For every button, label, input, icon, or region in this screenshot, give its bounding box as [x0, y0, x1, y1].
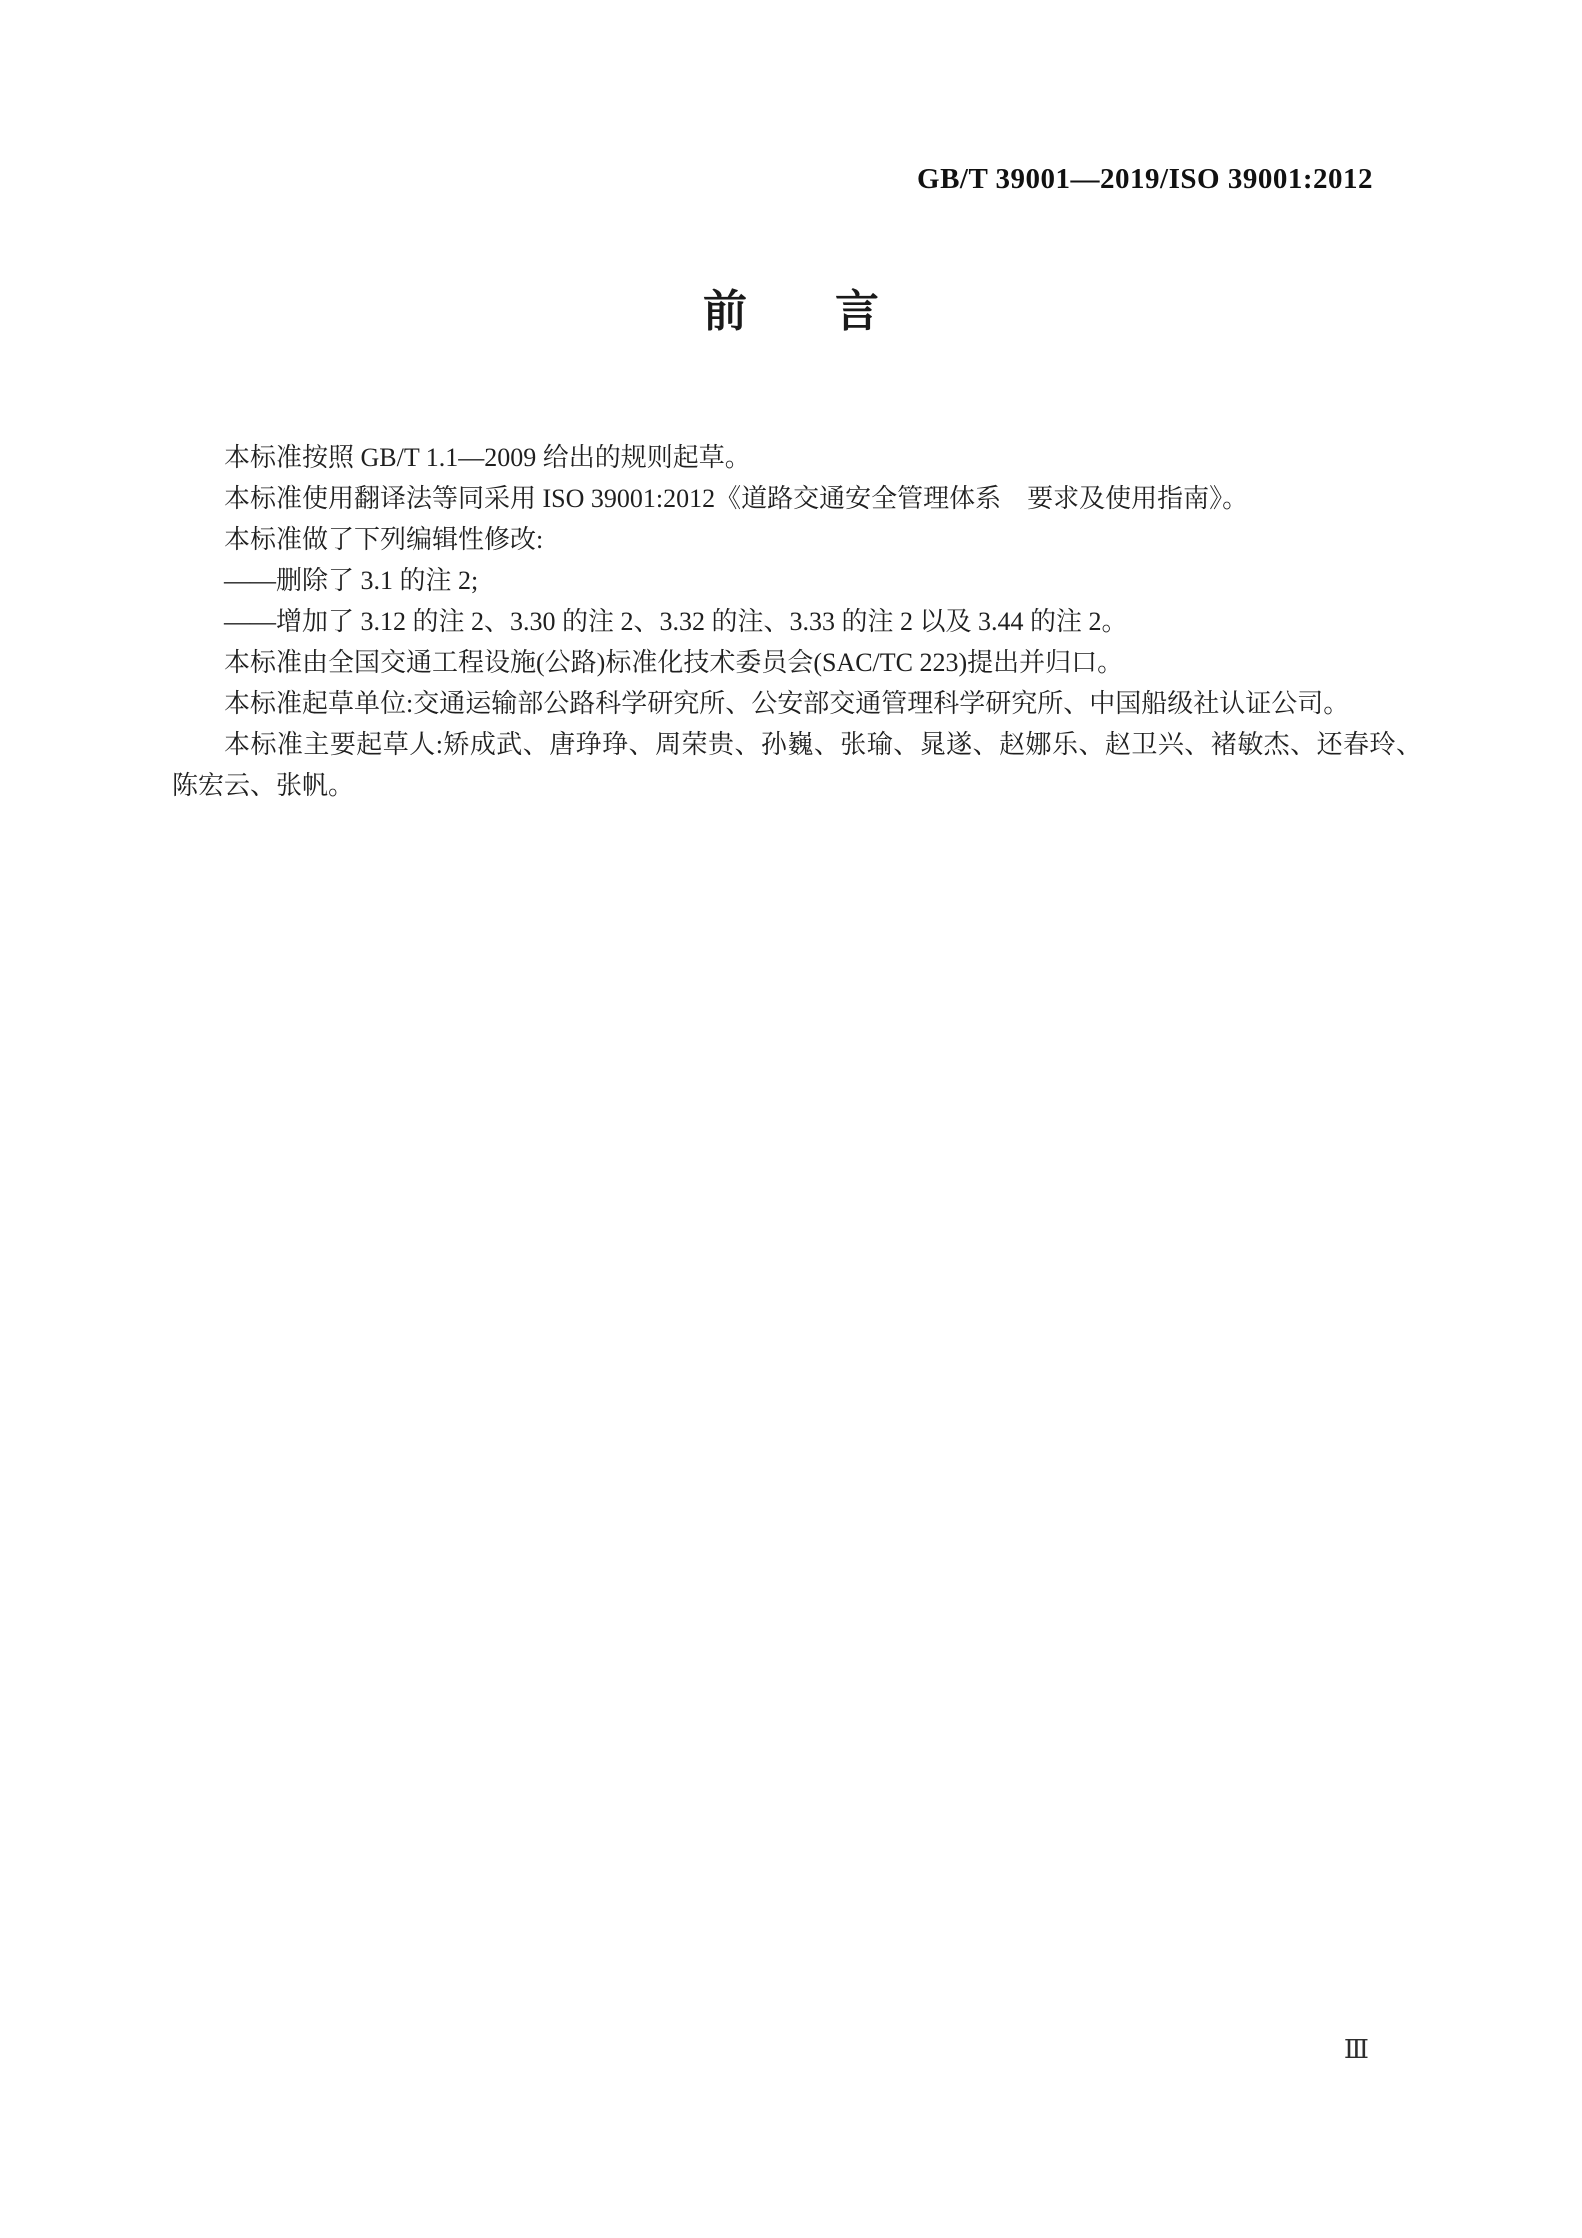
page-number: Ⅲ: [1344, 2035, 1370, 2065]
paragraph-change-added-notes: ——增加了 3.12 的注 2、3.30 的注 2、3.32 的注、3.33 的…: [172, 601, 1422, 642]
standard-code-header: GB/T 39001—2019/ISO 39001:2012: [917, 163, 1373, 196]
paragraph-proposing-committee: 本标准由全国交通工程设施(公路)标准化技术委员会(SAC/TC 223)提出并归…: [172, 642, 1422, 683]
foreword-body: 本标准按照 GB/T 1.1—2009 给出的规则起草。 本标准使用翻译法等同采…: [172, 437, 1422, 806]
document-page: GB/T 39001—2019/ISO 39001:2012 前 言 本标准按照…: [0, 0, 1582, 2238]
paragraph-change-deleted-note: ——删除了 3.1 的注 2;: [172, 560, 1422, 601]
paragraph-translation-adoption: 本标准使用翻译法等同采用 ISO 39001:2012《道路交通安全管理体系 要…: [172, 478, 1422, 519]
paragraph-editorial-changes-intro: 本标准做了下列编辑性修改:: [172, 519, 1422, 560]
paragraph-drafting-organizations: 本标准起草单位:交通运输部公路科学研究所、公安部交通管理科学研究所、中国船级社认…: [172, 683, 1422, 724]
paragraph-drafting-rule: 本标准按照 GB/T 1.1—2009 给出的规则起草。: [172, 437, 1422, 478]
page-title: 前 言: [166, 280, 1416, 344]
paragraph-main-drafters: 本标准主要起草人:矫成武、唐琤琤、周荣贵、孙巍、张瑜、晁遂、赵娜乐、赵卫兴、褚敏…: [172, 724, 1422, 806]
